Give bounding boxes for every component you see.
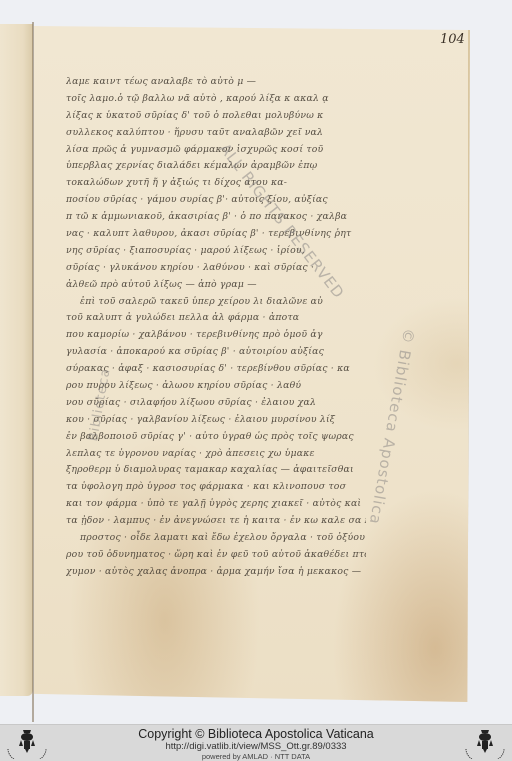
manuscript-line: συλλεκος καλύπτου · ἥρυσυ ταῦτ αναλαβῶν … — [66, 125, 366, 142]
manuscript-line: γυλασία · ἀποκαρού κα σῦρίας β' · αὐτοιρ… — [66, 344, 366, 361]
scan-area: 104 λαμε καιντ τέως αναλαβε τὸ αὐτὸ μ —τ… — [0, 0, 512, 724]
manuscript-line: λίξας κ ὑκατοῦ σῦρίας δ' τοῦ ὁ πολεθαι μ… — [66, 108, 366, 125]
manuscript-line: νου σῦρίας · σιλαφήου λίξωου σῦρίας · ἐλ… — [66, 395, 366, 412]
permalink-url[interactable]: http://digi.vatlib.it/view/MSS_Ott.gr.89… — [0, 741, 512, 752]
manuscript-line: κου · σῦρίας · γαλβανίου λίξεως · ἐλαιου… — [66, 412, 366, 429]
manuscript-line: και τον φάρμα · ὑπὸ τε γαλῇ ὑγρὸς χερης … — [66, 496, 366, 513]
manuscript-line: ὑπερβλας χερνίας διαλάδει κέμαλων ἀραμβῶ… — [66, 158, 366, 175]
manuscript-line: τοῦ καλυπτ ἀ γυλώδει πελλα ἀλ φάρμα · ἀπ… — [66, 310, 366, 327]
manuscript-line: λαμε καιντ τέως αναλαβε τὸ αὐτὸ μ — — [66, 74, 366, 91]
manuscript-line: τοῖς λαμο.ὁ τῷ βαλλω νᾶ αὐτὸ , καρού λίξ… — [66, 91, 366, 108]
manuscript-line: προστος · οἶδε λαματι καὶ ἔδω ἐχελου ὄργ… — [66, 530, 366, 547]
manuscript-line: ρου τοῦ ὀδυνηματος · ὥρη καὶ ἐν φεῦ τοῦ … — [66, 547, 366, 564]
manuscript-line: π τῶ κ ἀμμωνιακοῦ, ἀκασιρίας β' · ὁ πο π… — [66, 209, 366, 226]
manuscript-line: χυμον · αὐτὸς χαλας ἀνοπρα · ἀρμα χαμήν … — [66, 564, 366, 581]
manuscript-line: τοκαλώδων χυτῆ ἤ γ ἀξιώς τι δίχος ατου κ… — [66, 175, 366, 192]
manuscript-line: λεπλας τε ὑγρονου ναρίας · χρὸ ἀπεσεις χ… — [66, 446, 366, 463]
copyright-footer: Copyright © Biblioteca Apostolica Vatica… — [0, 724, 512, 761]
manuscript-line: τα ὑφολογη πρὸ ὑγροσ τος φάρμακα · και κ… — [66, 479, 366, 496]
folio-number: 104 — [440, 32, 465, 47]
manuscript-line: ἐν βαλβοποιοῦ σῦρίας γ' · αὐτο ὑγραθ ὡς … — [66, 429, 366, 446]
manuscript-line: τα ᾐδον · λαμπυς · ἐν ἀνεγνώσει τε ἡ και… — [66, 513, 366, 530]
vatican-library-logo-icon — [2, 727, 52, 759]
manuscript-line: ἐπὶ τοῦ σαλερῶ τακεῦ ὑπερ χείρου λι διαλ… — [66, 294, 366, 311]
binding-gutter — [32, 22, 34, 722]
manuscript-line: ποσίου σῦρίας · γάμου συρίας β'· αὐτοις … — [66, 192, 366, 209]
vatican-library-logo-icon — [460, 727, 510, 759]
facing-page-edge — [0, 24, 33, 696]
copyright-text: Copyright © Biblioteca Apostolica Vatica… — [0, 727, 512, 741]
manuscript-line: που καμορίω · χαλβάνου · τερεβινθίνης πρ… — [66, 327, 366, 344]
powered-by-text: powered by AMLAD · NTT DATA — [0, 752, 512, 761]
manuscript-line: νας · καλυπτ λαθυρου, ἀκασι σῦρίας β' · … — [66, 226, 366, 243]
manuscript-line: ξηροθερμ ὑ διαμολυρας ταμακαρ καχαλίας —… — [66, 462, 366, 479]
